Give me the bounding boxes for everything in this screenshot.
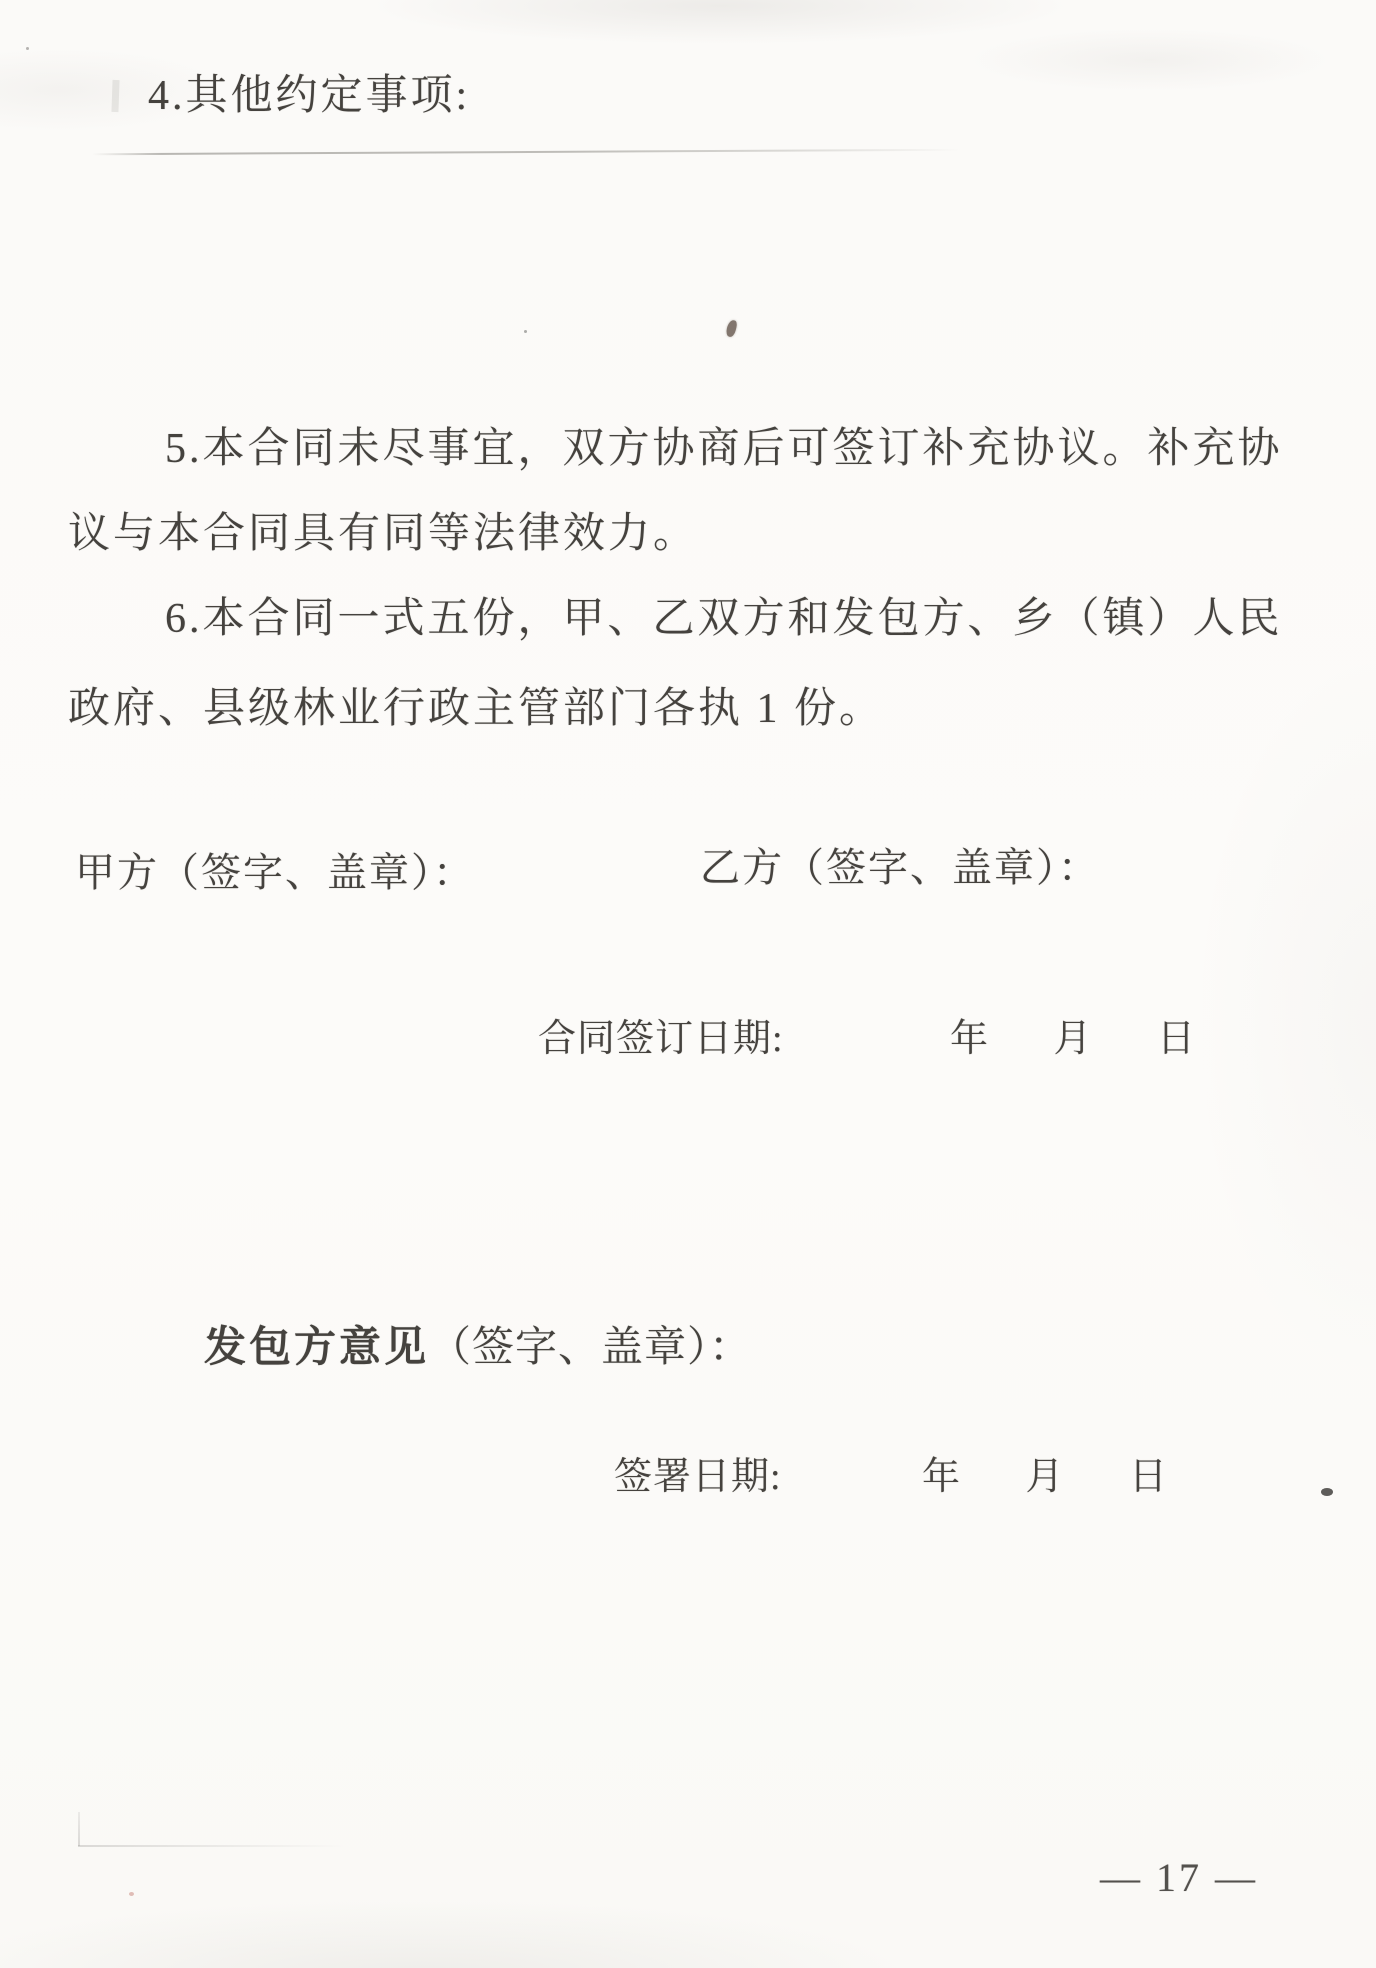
scan-speck xyxy=(26,47,29,50)
sign-date-label: 签署日期: xyxy=(614,1458,782,1496)
employer-opinion-suffix: （签字、盖章）： xyxy=(429,1325,752,1371)
scan-speck xyxy=(1321,1488,1333,1496)
clause-5-line-1: 5.本合同未尽事宜，双方协商后可签订补充协议。补充协 xyxy=(165,428,1283,470)
employer-opinion-line: 发包方意见（签字、盖章）： xyxy=(162,1285,752,1411)
scan-speck xyxy=(129,1892,134,1896)
page-corner-shadow-horizontal xyxy=(78,1845,348,1847)
page-number: — 17 — xyxy=(1100,1858,1258,1898)
ink-speck xyxy=(725,319,738,338)
page-corner-shadow-vertical xyxy=(78,1812,80,1846)
blank-fill-line xyxy=(92,149,962,156)
scan-speck xyxy=(524,330,527,333)
contract-date-label: 合同签订日期: xyxy=(538,1020,784,1058)
contract-date-year-month-day: 年 月 日 xyxy=(950,1020,1196,1058)
party-b-signature-label: 乙方（签字、盖章）： xyxy=(700,848,1100,888)
scanned-contract-page: 4.其他约定事项: 5.本合同未尽事宜，双方协商后可签订补充协议。补充协 议与本… xyxy=(0,0,1376,1968)
sign-date-year-month-day: 年 月 日 xyxy=(922,1458,1168,1496)
employer-opinion-title: 发包方意见 xyxy=(204,1325,429,1371)
scan-bleedthrough-mark xyxy=(111,80,119,112)
clause-4-heading: 4.其他约定事项: xyxy=(148,75,470,117)
clause-6-line-2: 政府、县级林业行政主管部门各执 1 份。 xyxy=(68,688,884,730)
party-a-signature-label: 甲方（签字、盖章）： xyxy=(75,853,475,893)
clause-5-line-2: 议与本合同具有同等法律效力。 xyxy=(68,513,698,555)
clause-6-line-1: 6.本合同一式五份，甲、乙双方和发包方、乡（镇）人民 xyxy=(165,598,1283,640)
